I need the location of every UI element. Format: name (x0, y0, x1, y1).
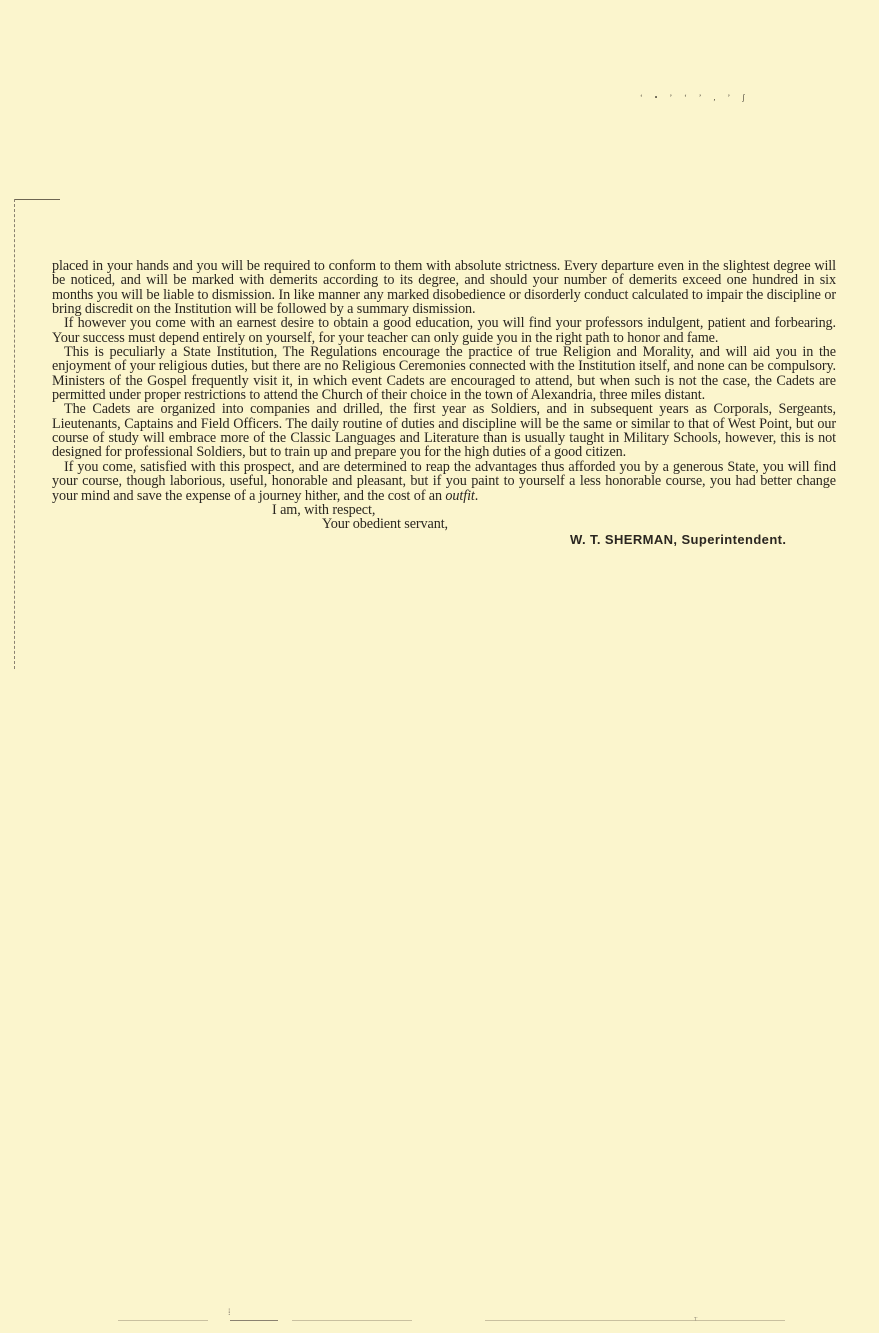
paragraph-prospect: If you come, satisfied with this prospec… (52, 460, 836, 503)
bottom-rule-3 (292, 1320, 412, 1321)
closing-servant: Your obedient servant, (52, 517, 836, 531)
bottom-rule-1 (118, 1320, 208, 1321)
left-margin-rule-top (14, 199, 60, 200)
bottom-tick-mark: ⁞ (228, 1307, 231, 1317)
outfit-emphasis: outfit (445, 488, 474, 504)
prospect-text: If you come, satisfied with this prospec… (52, 459, 836, 504)
paragraph-regulations: placed in your hands and you will be req… (52, 259, 836, 316)
letter-body: placed in your hands and you will be req… (52, 259, 836, 547)
prospect-end: . (475, 488, 478, 504)
paragraph-religion: This is peculiarly a State Institution, … (52, 345, 836, 402)
left-margin-rule-side (14, 199, 15, 669)
paragraph-professors: If however you come with an earnest desi… (52, 316, 836, 345)
closing-respect: I am, with respect, (52, 503, 836, 517)
paragraph-organization: The Cadets are organized into companies … (52, 402, 836, 459)
bottom-rule-2 (230, 1320, 278, 1321)
signature: W. T. SHERMAN, Superintendent. (52, 532, 836, 547)
page-header-marks: ʻ • ʼ ʻ ʼ , ʼ ʃ (640, 93, 750, 102)
bottom-t-mark: ᵀ (694, 1315, 697, 1325)
bottom-rule-4 (485, 1320, 785, 1321)
